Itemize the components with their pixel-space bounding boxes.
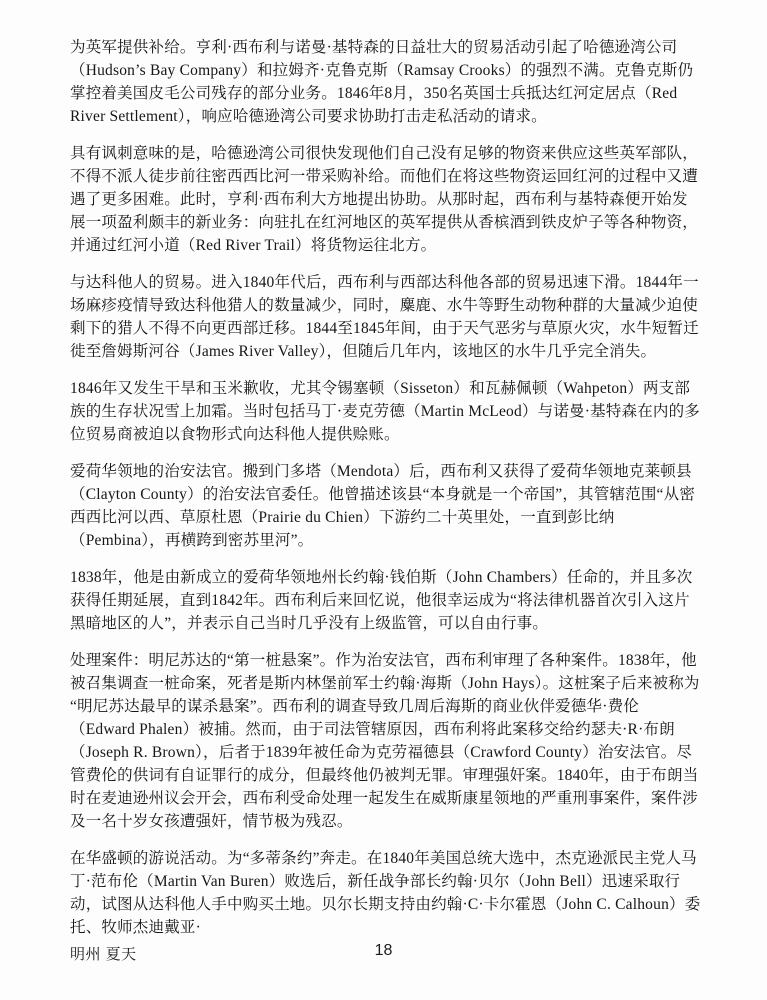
paragraph-washington-lobbying: 在华盛顿的游说活动。为“多蒂条约”奔走。在1840年美国总统大选中，杰克逊派民主… [70,847,702,939]
paragraph-iowa-justice: 爱荷华领地的治安法官。搬到门多塔（Mendota）后，西布利又获得了爱荷华领地克… [70,460,702,552]
paragraph-1846-drought: 1846年又发生干旱和玉米歉收，尤其令锡塞顿（Sisseton）和瓦赫佩顿（Wa… [70,377,702,446]
paragraph-first-murder-case: 处理案件：明尼苏达的“第一桩悬案”。作为治安法官，西布利审理了各种案件。1838… [70,649,702,833]
paragraph-dakota-trade: 与达科他人的贸易。进入1840年代后，西布利与西部达科他各部的贸易迅速下滑。18… [70,271,702,363]
page-footer: 明州 夏天 18 [0,941,767,965]
paragraph-1838-appointment: 1838年，他是由新成立的爱荷华领地州长约翰·钱伯斯（John Chambers… [70,566,702,635]
document-body: 为英军提供补给。亨利·西布利与诺曼·基特森的日益壮大的贸易活动引起了哈德逊湾公司… [70,36,702,953]
paragraph-supplies-british: 为英军提供补给。亨利·西布利与诺曼·基特森的日益壮大的贸易活动引起了哈德逊湾公司… [70,36,702,128]
footer-page-number: 18 [0,942,767,960]
document-page: 为英军提供补给。亨利·西布利与诺曼·基特森的日益壮大的贸易活动引起了哈德逊湾公司… [0,0,767,1000]
paragraph-hbc-irony: 具有讽刺意味的是，哈德逊湾公司很快发现他们自己没有足够的物资来供应这些英军部队，… [70,142,702,257]
